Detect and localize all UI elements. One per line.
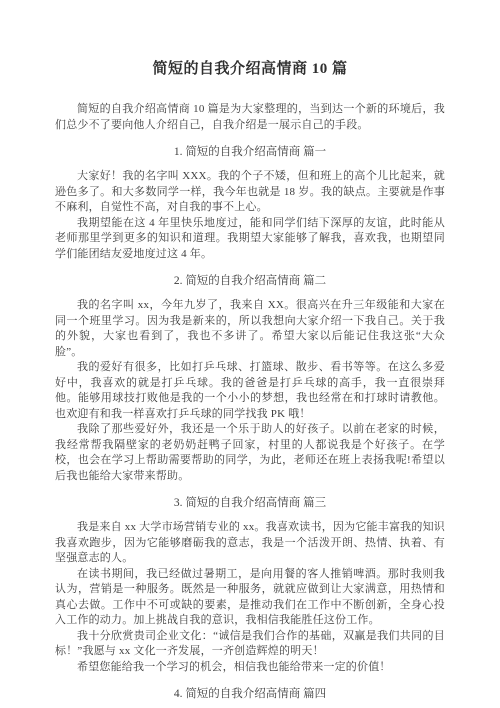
section-2-paragraph-1: 我的名字叫 xx，今年九岁了，我来自 XX。很高兴在升三年级能和大家在同一个班里… [55,298,445,360]
section-3-paragraph-1: 我是来自 xx 大学市场营销专业的 xx。我喜欢读书，因为它能丰富我的知识我喜欢… [55,520,445,567]
section-heading-4: 4. 简短的自我介绍高情商 篇四 [55,687,445,702]
section-3-paragraph-3: 我十分欣赏贵司企业文化：“诚信是我们合作的基础，双赢是我们共同的目标！”我愿与 … [55,629,445,660]
section-heading-2: 2. 简短的自我介绍高情商 篇二 [55,274,445,289]
section-heading-1: 1. 简短的自我介绍高情商 篇一 [55,145,445,160]
section-1-paragraph-2: 我期望能在这 4 年里快乐地度过，能和同学们结下深厚的友谊，此时能从老师那里学到… [55,216,445,263]
section-3-paragraph-4: 希望您能给我一个学习的机会，相信我也能给带来一定的价值！ [55,660,445,676]
section-3-paragraph-2: 在读书期间，我已经做过暑期工，是向用餐的客人推销啤酒。那时我则我认为，营销是一种… [55,567,445,629]
document-title: 简短的自我介绍高情商 10 篇 [55,58,445,81]
intro-paragraph: 简短的自我介绍高情商 10 篇是为大家整理的，当到达一个新的环境后，我们总少不了… [55,102,445,133]
document-content: 简短的自我介绍高情商 10 篇 简短的自我介绍高情商 10 篇是为大家整理的，当… [0,0,500,702]
document-page: 简短的自我介绍高情商 10 篇 简短的自我介绍高情商 10 篇是为大家整理的，当… [0,0,500,708]
section-heading-3: 3. 简短的自我介绍高情商 篇三 [55,496,445,511]
section-1-paragraph-1: 大家好！我的名字叫 XXX。我的个子不矮，但和班上的高个儿比起来，就逊色多了。和… [55,169,445,216]
section-2-paragraph-2: 我的爱好有很多，比如打乒乓球、打篮球、散步、看书等等。在这么多爱好中，我喜欢的就… [55,360,445,422]
section-2-paragraph-3: 我除了那些爱好外，我还是一个乐于助人的好孩子。以前在老家的时候，我经常帮我隔壁家… [55,422,445,484]
